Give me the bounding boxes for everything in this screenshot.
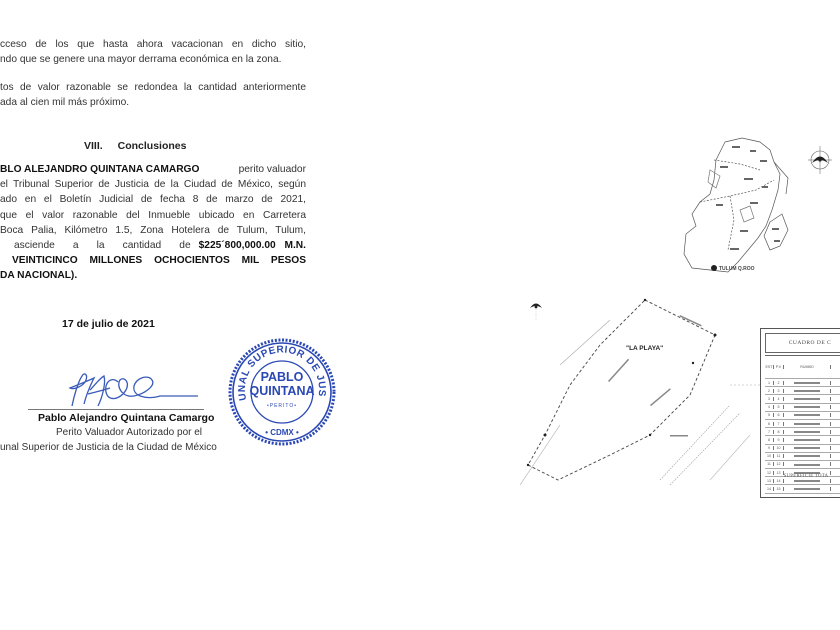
appraisal-report-page: cceso de los que hasta ahora vacacionan … <box>0 0 330 630</box>
conclusion-line: el Tribunal Superior de Justicia de la C… <box>0 177 306 192</box>
seal-name-last: QUINTANA <box>226 384 338 398</box>
cell-est: 1 <box>765 381 774 385</box>
tulum-location-marker <box>711 265 717 271</box>
signatory-role: Perito Valuador Autorizado por el <box>56 427 202 438</box>
cell-rumbo <box>784 422 831 426</box>
signature-scribble <box>60 368 200 413</box>
paragraph-line: tos de valor razonable se redondea la ca… <box>0 80 306 95</box>
value-in-words: VEINTICINCO MILLONES OCHOCIENTOS MIL PES… <box>12 253 306 268</box>
signature-line <box>28 409 204 410</box>
survey-plan-page: TULUM Q.ROO <box>470 0 840 630</box>
conclusion-line: DA NACIONAL). <box>0 268 306 283</box>
header-rumbo: RUMBO <box>784 365 831 369</box>
section-heading: VIII. Conclusiones <box>84 140 186 152</box>
location-map: TULUM Q.ROO <box>670 130 840 280</box>
cell-pv: 2 <box>774 381 784 385</box>
conclusion-text: perito valuador <box>239 162 306 177</box>
cell-est: 8 <box>765 438 774 442</box>
official-seal: TRIBUNAL SUPERIOR DE JUSTICIA • CDMX • P… <box>226 336 338 448</box>
cell-pv: 3 <box>774 389 784 393</box>
value-in-words-end: DA NACIONAL). <box>0 268 77 283</box>
conclusion-text: ado en el Boletín Judicial de fecha 8 de… <box>0 192 306 207</box>
signatory-institution: unal Superior de Justicia de la Ciudad d… <box>0 442 217 453</box>
conclusion-text: que el valor razonable del Inmueble ubic… <box>0 208 306 223</box>
cell-rumbo <box>784 397 831 401</box>
table-row: 23 <box>765 387 840 395</box>
conclusion-line: Boca Palia, Kilómetro 1.5, Zona Hotelera… <box>0 223 306 238</box>
parcel-label: "LA PLAYA" <box>626 345 663 352</box>
cell-rumbo <box>784 381 831 385</box>
conclusion-text: el Tribunal Superior de Justicia de la C… <box>0 177 306 192</box>
table-row: 89 <box>765 436 840 444</box>
conclusion-text: Boca Palia, Kilómetro 1.5, Zona Hotelera… <box>0 223 306 238</box>
cell-rumbo <box>784 405 831 409</box>
conclusion-line: ado en el Boletín Judicial de fecha 8 de… <box>0 192 306 207</box>
cell-rumbo <box>784 454 831 458</box>
cell-pv: 4 <box>774 397 784 401</box>
conclusion-line: asciende a la cantidad de $225´800,000.0… <box>0 238 306 253</box>
table-row: 78 <box>765 428 840 436</box>
appraised-value: $225´800,000.00 M.N. <box>199 238 306 253</box>
table-row: 910 <box>765 445 840 453</box>
table-row: 1011 <box>765 453 840 461</box>
cell-rumbo <box>784 462 831 466</box>
city-label: TULUM Q.ROO <box>719 266 755 272</box>
conclusion-line: VEINTICINCO MILLONES OCHOCIENTOS MIL PES… <box>0 253 306 268</box>
cell-pv: 12 <box>774 462 784 466</box>
cell-rumbo <box>784 413 831 417</box>
table-row: 67 <box>765 420 840 428</box>
cell-rumbo <box>784 430 831 434</box>
table-row: 1415 <box>765 485 840 493</box>
total-area-label: SUPERFICIE TOTA <box>761 474 840 479</box>
cell-est: 7 <box>765 430 774 434</box>
cell-est: 5 <box>765 413 774 417</box>
cell-pv: 10 <box>774 446 784 450</box>
paragraph-line: cceso de los que hasta ahora vacacionan … <box>0 37 306 52</box>
cell-rumbo <box>784 487 831 491</box>
cell-rumbo <box>784 438 831 442</box>
north-arrow-icon <box>530 304 542 322</box>
cell-rumbo <box>784 479 831 483</box>
cell-est: 10 <box>765 454 774 458</box>
cell-est: 13 <box>765 479 774 483</box>
paragraph-rounding: tos de valor razonable se redondea la ca… <box>0 80 306 110</box>
conclusion-line: que el valor razonable del Inmueble ubic… <box>0 208 306 223</box>
table-row: 45 <box>765 404 840 412</box>
section-title: Conclusiones <box>118 140 187 152</box>
header-est: EST <box>765 365 774 369</box>
section-number: VIII. <box>84 140 103 152</box>
cell-est: 9 <box>765 446 774 450</box>
seal-name-first: PABLO <box>226 370 338 384</box>
coordinates-table: CUADRO DE C EST P.V RUMBO 12233445566778… <box>760 328 840 498</box>
cell-pv: 5 <box>774 405 784 409</box>
table-header-row: EST P.V RUMBO <box>765 356 840 379</box>
table-row: 1112 <box>765 461 840 469</box>
seal-subtitle: •PERITO• <box>226 403 338 409</box>
cell-est: 6 <box>765 422 774 426</box>
table-title: CUADRO DE C <box>765 333 840 353</box>
table-row: 12 <box>765 379 840 387</box>
conclusion-line: BLO ALEJANDRO QUINTANA CAMARGO perito va… <box>0 162 306 177</box>
paragraph-line: ndo que se genere una mayor derrama econ… <box>0 52 306 67</box>
cell-pv: 14 <box>774 479 784 483</box>
cell-est: 4 <box>765 405 774 409</box>
site-plan-drawing <box>500 285 760 485</box>
paragraph-line: ada al cien mil más próximo. <box>0 95 306 110</box>
cell-est: 14 <box>765 487 774 491</box>
table-grid: EST P.V RUMBO 12233445566778899101011111… <box>765 355 840 494</box>
signatory-name: Pablo Alejandro Quintana Camargo <box>38 412 214 424</box>
cell-est: 3 <box>765 397 774 401</box>
cell-rumbo <box>784 446 831 450</box>
appraiser-name-bold: BLO ALEJANDRO QUINTANA CAMARGO <box>0 162 199 177</box>
seal-bottom-text: • CDMX • <box>265 428 299 437</box>
table-row: 56 <box>765 412 840 420</box>
cell-pv: 15 <box>774 487 784 491</box>
header-pv: P.V <box>774 365 784 369</box>
cell-pv: 9 <box>774 438 784 442</box>
cell-est: 2 <box>765 389 774 393</box>
cell-est: 11 <box>765 462 774 466</box>
paragraph-tourism-impact: cceso de los que hasta ahora vacacionan … <box>0 37 306 67</box>
conclusion-text: asciende a la cantidad de <box>14 238 191 253</box>
table-row: 34 <box>765 395 840 403</box>
cell-rumbo <box>784 389 831 393</box>
cell-pv: 7 <box>774 422 784 426</box>
cell-pv: 8 <box>774 430 784 434</box>
cell-pv: 11 <box>774 454 784 458</box>
document-date: 17 de julio de 2021 <box>62 318 155 330</box>
conclusion-paragraph: BLO ALEJANDRO QUINTANA CAMARGO perito va… <box>0 162 306 284</box>
cell-pv: 6 <box>774 413 784 417</box>
compass-north-arrow-icon <box>808 146 832 174</box>
seal-center-text: PABLO QUINTANA <box>226 370 338 398</box>
